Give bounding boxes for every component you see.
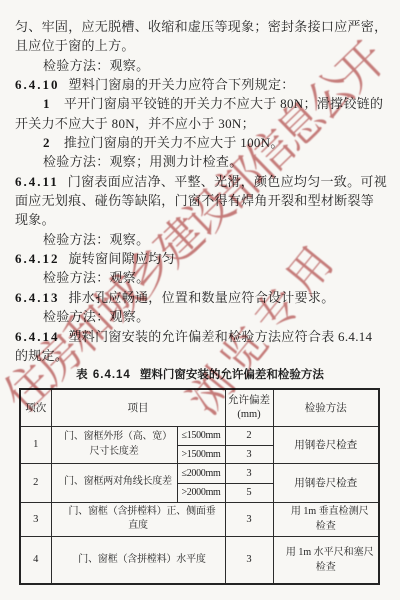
- row-tolerance: 3: [225, 536, 273, 584]
- row-tolerance: 3: [225, 445, 273, 463]
- line-text: 检验方法：观察。: [43, 232, 149, 247]
- section-heading: 6.4.13排水孔应畅通，位置和数量应符合设计要求。: [15, 288, 393, 307]
- table-row: 2 门、窗框两对角线长度差 ≤2000mm 3 用钢卷尺检查: [20, 463, 379, 483]
- row-item: 门、窗框两对角线长度差: [51, 463, 177, 502]
- line-text: 检验方法：观察。: [43, 58, 149, 73]
- text-line: 匀、牢固，应无脱槽、收缩和虚压等现象；密封条接口应严密，: [15, 17, 393, 36]
- section-heading: 6.4.12旋转窗间隙应均匀: [15, 249, 393, 268]
- table-row: 1 门、窗框外形（高、宽） 尺寸长度差 ≤1500mm 2 用钢卷尺检查: [20, 426, 379, 445]
- row-index: 1: [20, 426, 51, 463]
- line-text: 的规定。: [15, 348, 68, 363]
- document-page: 匀、牢固，应无脱槽、收缩和虚压等现象；密封条接口应严密，且应位于窗的上方。检验方…: [0, 0, 400, 600]
- line-text: 面应无划痕、碰伤等缺陷，门窗不得有焊角开裂和型材断裂等: [15, 193, 374, 208]
- row-method: 用 1m 垂直检测尺 检查: [273, 502, 379, 536]
- line-text: 推拉门窗扇的开关力不应大于 100N。: [64, 135, 284, 150]
- row-method: 用钢卷尺检查: [273, 426, 379, 463]
- row-index: 4: [20, 536, 51, 584]
- row-item: 门、窗框（含拼樘料）水平度: [51, 536, 225, 584]
- row-tolerance: 3: [225, 502, 273, 536]
- text-line: 检验方法：观察。: [15, 268, 393, 287]
- header-index: 项次: [20, 389, 51, 426]
- header-tolerance: 允许偏差 (mm): [225, 389, 273, 426]
- row-index: 3: [20, 502, 51, 536]
- line-text: 检验方法：观察；用测力计检查。: [43, 154, 243, 169]
- line-text: 现象。: [15, 212, 55, 227]
- line-text: 检验方法：观察。: [43, 270, 149, 285]
- section-heading: 6.4.14塑料门窗安装的允许偏差和检验方法应符合表 6.4.14: [15, 327, 393, 346]
- text-line: 开关力不应大于 80N，并不应小于 30N；: [15, 114, 393, 133]
- section-heading: 6.4.11门窗表面应洁净、平整、光滑，颜色应均匀一致。可视: [15, 172, 393, 191]
- line-text: 开关力不应大于 80N，并不应小于 30N；: [15, 116, 255, 131]
- clause-number: 6.4.10: [15, 77, 60, 92]
- header-method: 检验方法: [273, 389, 379, 426]
- text-line: 检验方法：观察。: [15, 230, 393, 249]
- clause-number: 6.4.12: [15, 251, 60, 266]
- row-condition: >1500mm: [177, 445, 225, 463]
- line-text: 匀、牢固，应无脱槽、收缩和虚压等现象；密封条接口应严密，: [15, 19, 387, 34]
- text-line: 面应无划痕、碰伤等缺陷，门窗不得有焊角开裂和型材断裂等: [15, 191, 393, 210]
- row-condition: >2000mm: [177, 483, 225, 502]
- row-tolerance: 2: [225, 426, 273, 445]
- table-title: 表 6.4.14塑料门窗安装的允许偏差和检验方法: [0, 366, 400, 385]
- row-tolerance: 3: [225, 463, 273, 483]
- table-title-number: 表 6.4.14: [76, 369, 131, 381]
- table-row: 4 门、窗框（含拼樘料）水平度 3 用 1m 水平尺和塞尺 检查: [20, 536, 379, 584]
- table-header-row: 项次 项目 允许偏差 (mm) 检验方法: [20, 389, 379, 426]
- line-text: 排水孔应畅通，位置和数量应符合设计要求。: [69, 290, 335, 305]
- text-line: 现象。: [15, 210, 393, 229]
- line-text: 检验方法：观察。: [43, 309, 149, 324]
- clause-number: 6.4.14: [15, 329, 60, 344]
- text-line: 1平开门窗扇平铰链的开关力不应大于 80N；滑撑铰链的: [15, 94, 393, 113]
- table-row: 3 门、窗框（含拼樘料）正、侧面垂 直度 3 用 1m 垂直检测尺 检查: [20, 502, 379, 536]
- row-method: 用钢卷尺检查: [273, 463, 379, 502]
- document-lines: 匀、牢固，应无脱槽、收缩和虚压等现象；密封条接口应严密，且应位于窗的上方。检验方…: [15, 17, 393, 365]
- line-text: 塑料门窗安装的允许偏差和检验方法应符合表 6.4.14: [69, 329, 373, 344]
- row-index: 2: [20, 463, 51, 502]
- text-line: 检验方法：观察。: [15, 307, 393, 326]
- row-condition: ≤2000mm: [177, 463, 225, 483]
- row-condition: ≤1500mm: [177, 426, 225, 445]
- row-item: 门、窗框外形（高、宽） 尺寸长度差: [51, 426, 177, 463]
- section-heading: 6.4.10塑料门窗扇的开关力应符合下列规定：: [15, 75, 393, 94]
- tolerance-table: 项次 项目 允许偏差 (mm) 检验方法 1 门、窗框外形（高、宽） 尺寸长度差…: [19, 388, 380, 585]
- line-text: 门窗表面应洁净、平整、光滑，颜色应均匀一致。可视: [68, 174, 387, 189]
- text-line: 2推拉门窗扇的开关力不应大于 100N。: [15, 133, 393, 152]
- clause-number: 6.4.13: [15, 290, 60, 305]
- text-line: 检验方法：观察；用测力计检查。: [15, 152, 393, 171]
- clause-number: 1: [43, 96, 50, 111]
- line-text: 平开门窗扇平铰链的开关力不应大于 80N；滑撑铰链的: [64, 96, 383, 111]
- clause-number: 6.4.11: [15, 174, 59, 189]
- text-line: 且应位于窗的上方。: [15, 36, 393, 55]
- clause-number: 2: [43, 135, 50, 150]
- text-line: 的规定。: [15, 346, 393, 365]
- row-method: 用 1m 水平尺和塞尺 检查: [273, 536, 379, 584]
- line-text: 旋转窗间隙应均匀: [69, 251, 175, 266]
- line-text: 塑料门窗扇的开关力应符合下列规定：: [69, 77, 295, 92]
- header-item: 项目: [51, 389, 225, 426]
- table-title-text: 塑料门窗安装的允许偏差和检验方法: [140, 369, 324, 381]
- row-tolerance: 5: [225, 483, 273, 502]
- line-text: 且应位于窗的上方。: [15, 38, 135, 53]
- row-item: 门、窗框（含拼樘料）正、侧面垂 直度: [51, 502, 225, 536]
- text-line: 检验方法：观察。: [15, 56, 393, 75]
